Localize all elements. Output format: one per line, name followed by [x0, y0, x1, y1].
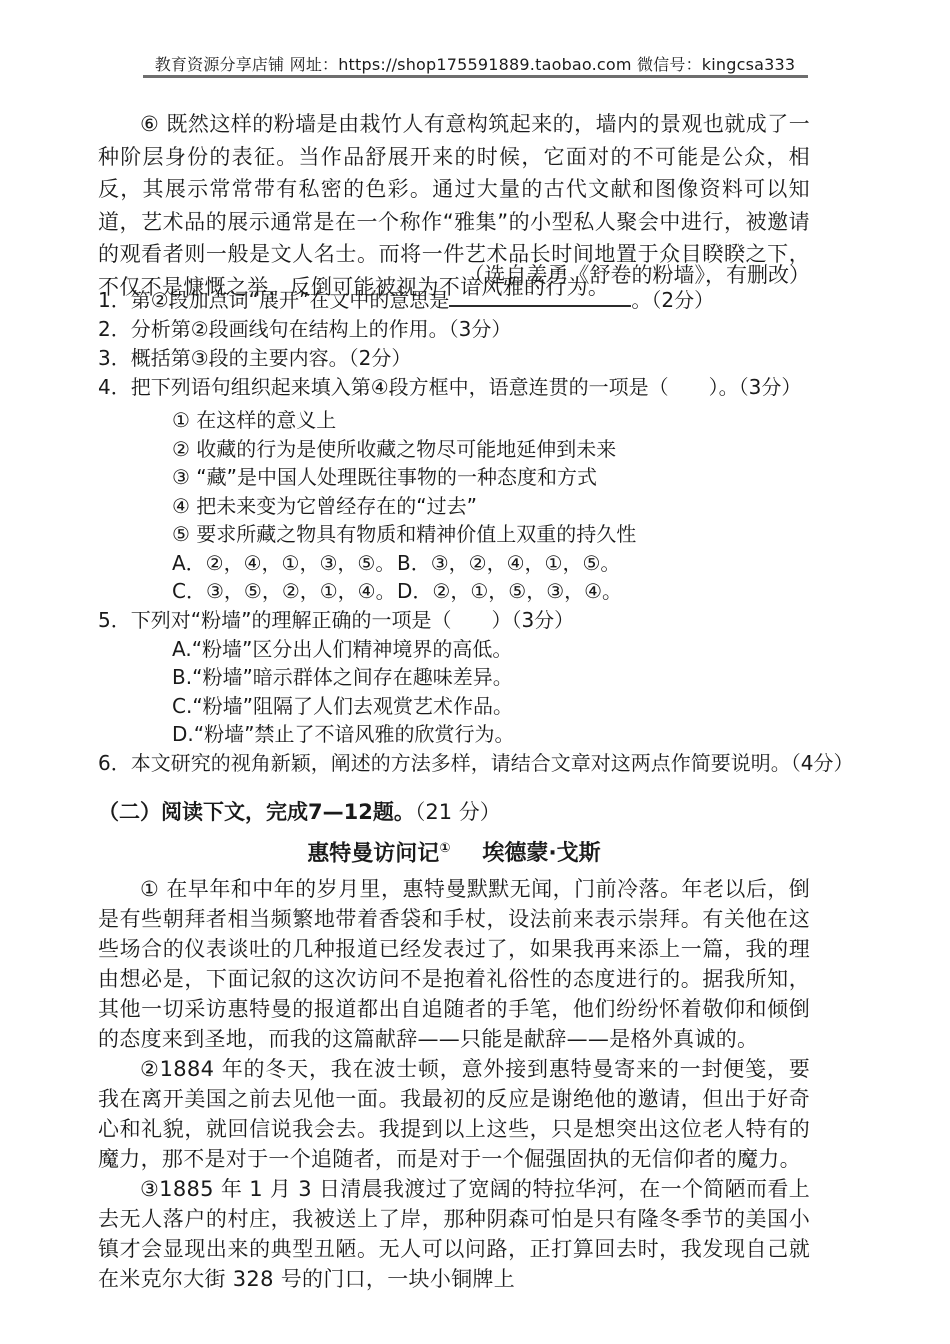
q5-option-c: C.“粉墙”阻隔了人们去观赏艺术作品。: [98, 692, 868, 721]
title-footnote-marker: ①: [439, 841, 450, 856]
question-3: 3．概括第③段的主要内容。（2分）: [98, 344, 868, 373]
question-1-text-pre: 1．第②段加点词“展开”在文中的意思是: [98, 288, 449, 312]
section-heading-score: （21 分）: [415, 800, 501, 824]
question-6: 6．本文研究的视角新颖，阐述的方法多样，请结合文章对这两点作简要说明。（4分）: [98, 749, 868, 778]
section-two-heading: （二）阅读下文，完成7—12题。（21 分）: [98, 797, 810, 827]
shop-header-text: 教育资源分享店铺 网址：https://shop175591889.taobao…: [0, 52, 950, 75]
passage2-paragraph-3: ③1885 年 1 月 3 日清晨我渡过了宽阔的特拉华河，在一个简陋而看上去无人…: [98, 1174, 810, 1294]
q4-choices-row-2: C．③，⑤，②，①，④。D．②，①，⑤，③，④。: [98, 577, 868, 606]
question-1-text-post: 。（2分）: [631, 288, 714, 312]
exam-page: 教育资源分享店铺 网址：https://shop175591889.taobao…: [0, 0, 950, 1344]
passage2-paragraph-2: ②1884 年的冬天，我在波士顿，意外接到惠特曼寄来的一封便笺，要我在离开美国之…: [98, 1054, 810, 1174]
header-divider-rule: [143, 75, 808, 78]
q4-item-3: ③ “藏”是中国人处理既往事物的一种态度和方式: [98, 463, 868, 492]
reading-author: 埃德蒙·戈斯: [482, 841, 600, 866]
q4-choice-a: A．②，④，①，③，⑤。: [172, 549, 397, 578]
q4-choice-c: C．③，⑤，②，①，④。: [172, 577, 397, 606]
question-2: 2．分析第②段画线句在结构上的作用。（3分）: [98, 315, 868, 344]
q4-choice-d: D．②，①，⑤，③，④。: [397, 579, 622, 603]
section-heading-text: （二）阅读下文，完成7—12题。: [98, 800, 415, 824]
reading-title-text: 惠特曼访问记: [307, 841, 439, 866]
q5-option-a: A.“粉墙”区分出人们精神境界的高低。: [98, 635, 868, 664]
q4-item-2: ② 收藏的行为是使所收藏之物尽可能地延伸到未来: [98, 435, 868, 464]
question-1: 1．第②段加点词“展开”在文中的意思是。（2分）: [98, 286, 868, 315]
question-4-stem: 4．把下列语句组织起来填入第④段方框中，语意连贯的一项是（ ）。（3分）: [98, 373, 868, 402]
q4-item-4: ④ 把未来变为它曾经存在的“过去”: [98, 492, 868, 521]
q5-option-d: D.“粉墙”禁止了不谙风雅的欣赏行为。: [98, 720, 868, 749]
q4-item-5: ⑤ 要求所藏之物具有物质和精神价值上双重的持久性: [98, 520, 868, 549]
reading-title-line: 惠特曼访问记①埃德蒙·戈斯: [98, 834, 810, 869]
q4-item-1: ① 在这样的意义上: [98, 406, 868, 435]
question-5-stem: 5．下列对“粉墙”的理解正确的一项是（ ）（3分）: [98, 606, 868, 635]
q4-choices-row-1: A．②，④，①，③，⑤。B．③，②，④，①，⑤。: [98, 549, 868, 578]
q4-choice-b: B．③，②，④，①，⑤。: [397, 551, 620, 575]
passage2-paragraph-1: ① 在早年和中年的岁月里，惠特曼默默无闻，门前冷落。年老以后，倒是有些朝拜者相当…: [98, 874, 810, 1054]
questions-block: 1．第②段加点词“展开”在文中的意思是。（2分） 2．分析第②段画线句在结构上的…: [98, 286, 868, 778]
section-two-block: （二）阅读下文，完成7—12题。（21 分） 惠特曼访问记①埃德蒙·戈斯 ① 在…: [98, 797, 810, 1294]
answer-blank-line: [449, 288, 631, 307]
question-4-items: ① 在这样的意义上 ② 收藏的行为是使所收藏之物尽可能地延伸到未来 ③ “藏”是…: [98, 406, 868, 549]
q5-option-b: B.“粉墙”暗示群体之间存在趣味差异。: [98, 663, 868, 692]
